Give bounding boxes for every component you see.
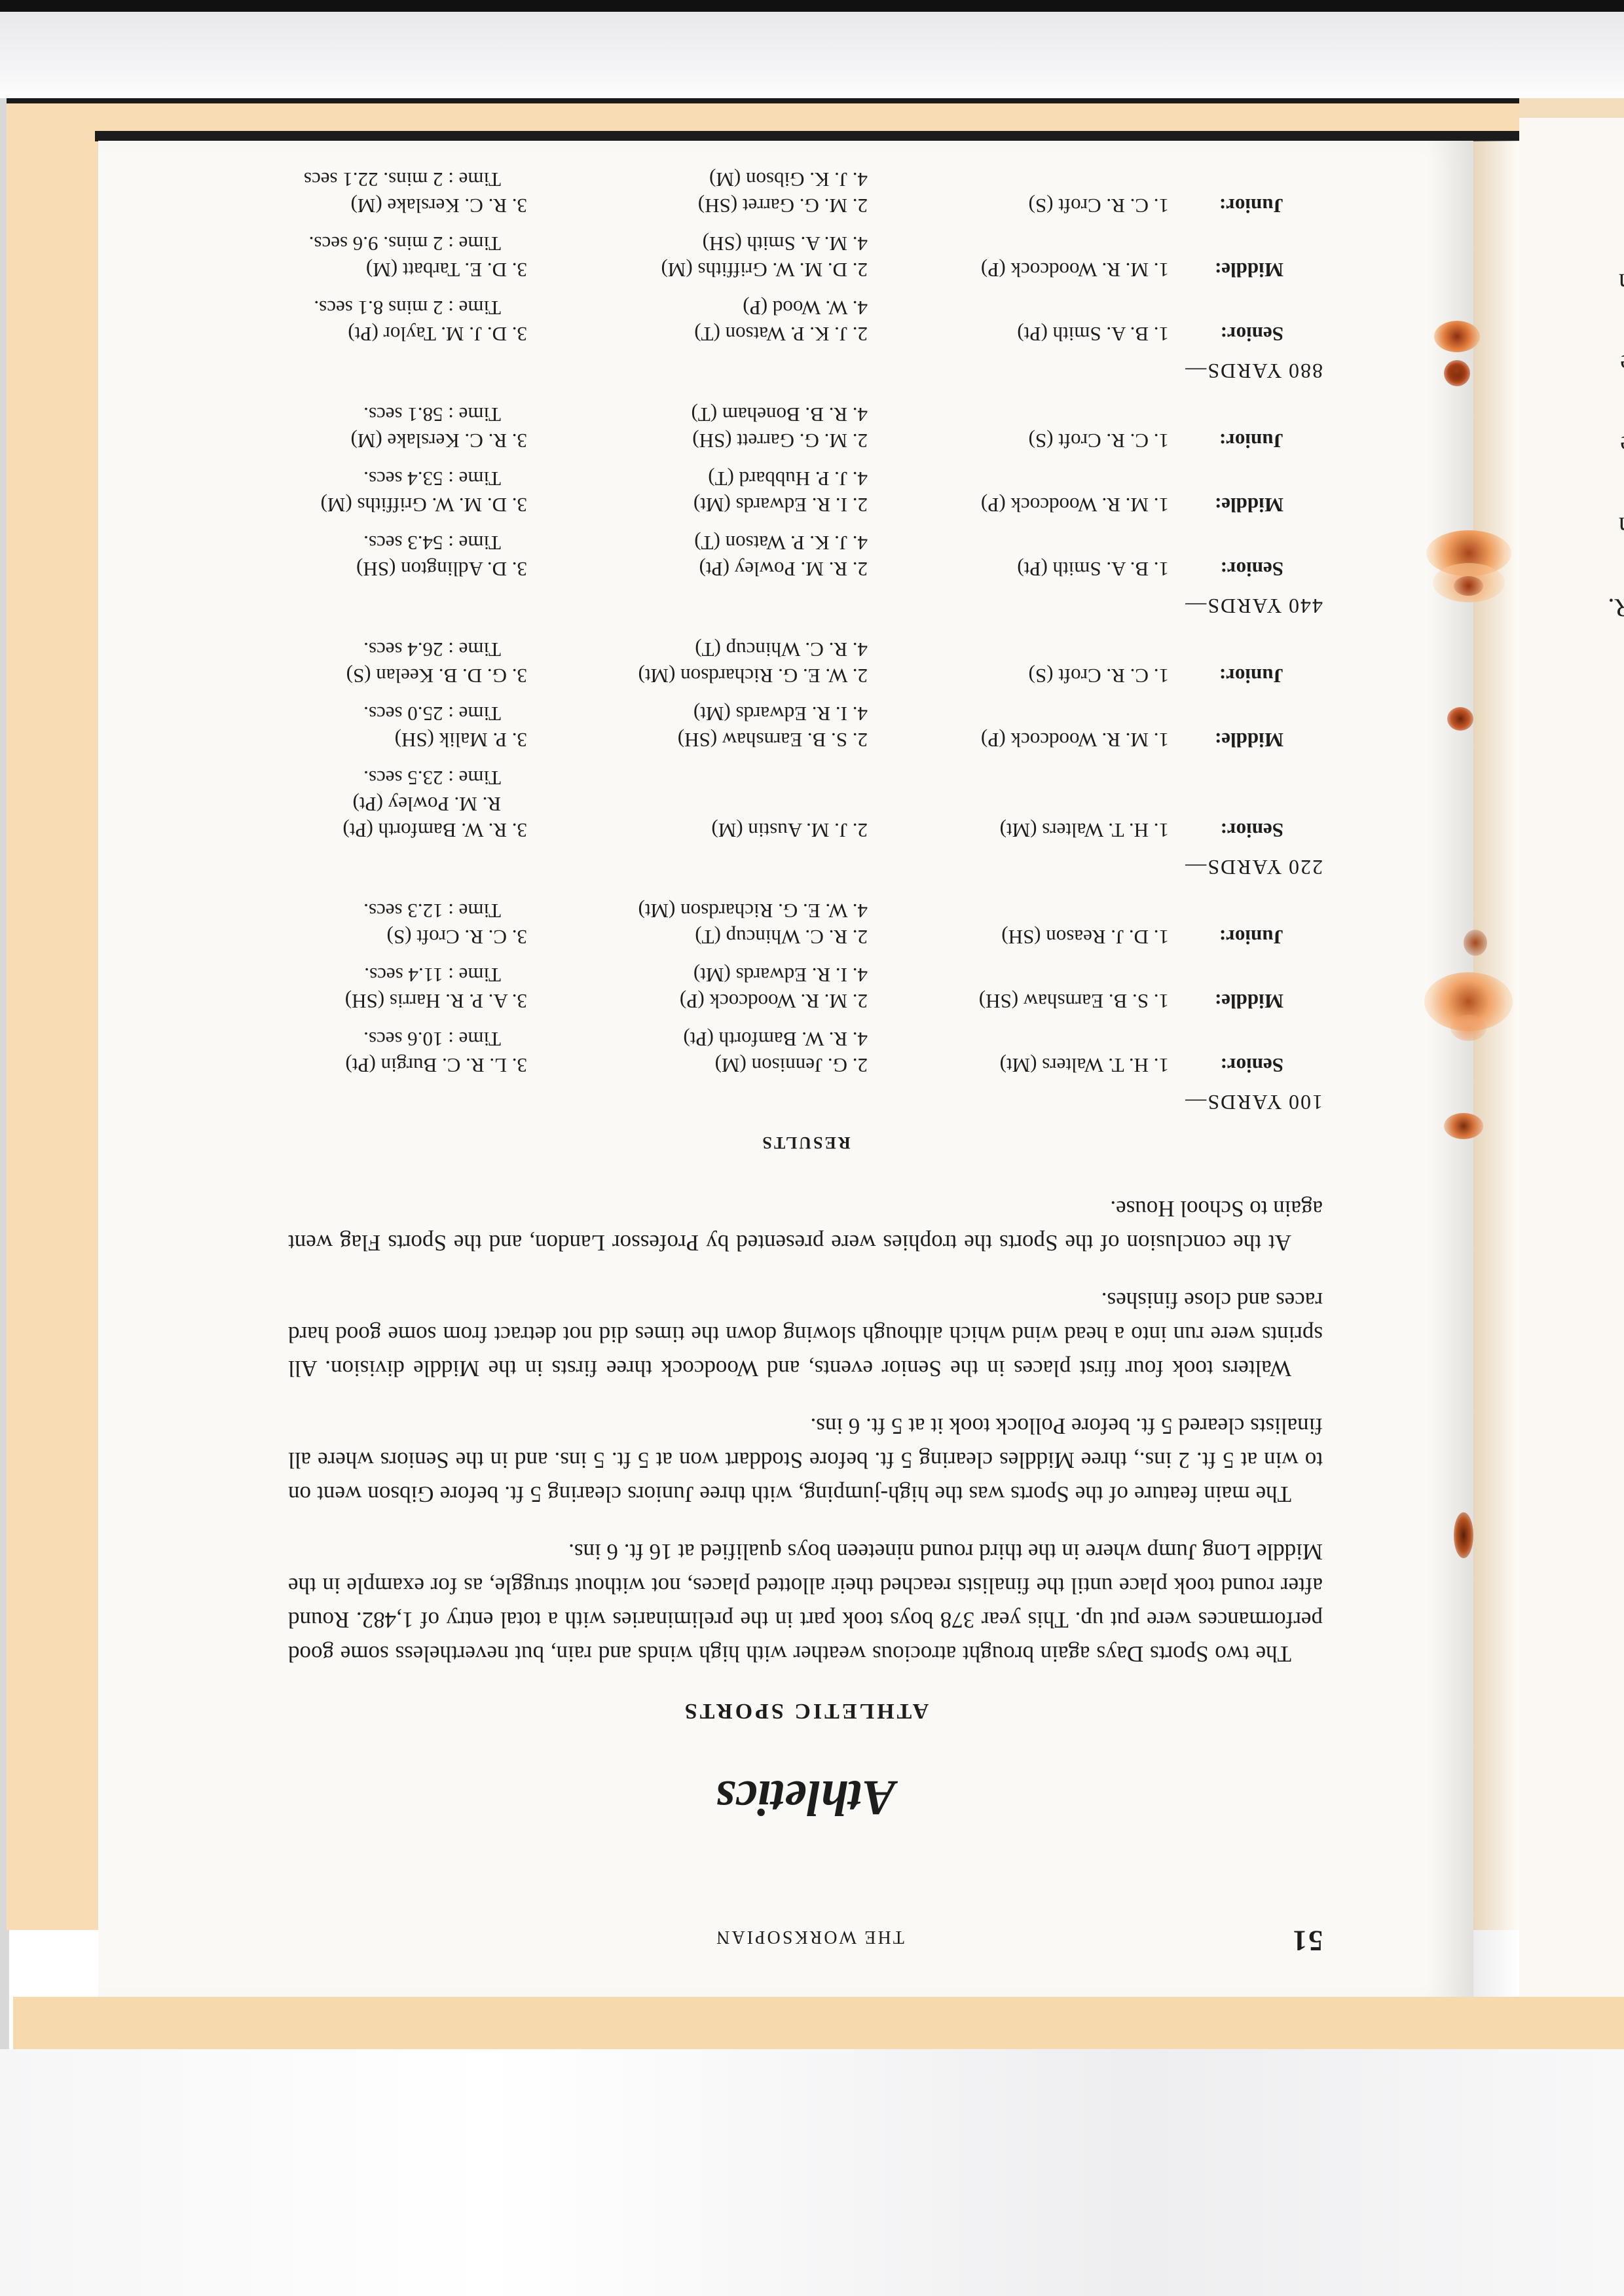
scan-border-top [0, 0, 1624, 12]
other-places: 2. R. C. Whincup (T)4. W. E. G. Richards… [527, 898, 868, 950]
place-entry: 2. S. B. Earnshaw (SH) [527, 727, 868, 753]
facing-page-fragment: e [1612, 343, 1624, 385]
division-label: Middle: [1169, 465, 1323, 518]
result-row: Senior:1. B. A. Smith (Pt)2. J. K. P. Wa… [288, 295, 1323, 347]
place-entry: 4. M. A. Smith (SH) [527, 230, 868, 257]
place-entry: 2. J. K. P. Watson (T) [527, 321, 868, 347]
division-label: Junior: [1169, 401, 1323, 454]
place-entry: 4. J. K. P. Watson (T) [527, 530, 868, 556]
other-places: 2. D. M. W. Griffiths (M)4. M. A. Smith … [527, 230, 868, 283]
book-cover-bottom [13, 1997, 1624, 2049]
place-entry: 2. M. R. Woodcock (P) [527, 988, 868, 1014]
place-entry: 4. I. R. Edwards (Mt) [527, 962, 868, 988]
facing-page-fragment: R. [1612, 587, 1624, 629]
third-place-and-time: 3. L. R. C. Burgin (Pt)Time : 10.6 secs. [288, 1026, 527, 1078]
place-entry: 3. D. Adlington (SH) [288, 556, 527, 582]
running-head: 51 THE WORKSOPIAN [288, 1924, 1323, 1958]
result-event: 100 YARDS—Senior:1. H. T. Walters (Mt)2.… [288, 898, 1323, 1114]
facing-page-text: R.heen [1612, 223, 1624, 629]
place-entry: 3. P. Malik (SH) [288, 727, 527, 753]
rust-stain [1454, 1512, 1473, 1558]
winning-time: Time : 2 mins 8.1 secs. [288, 295, 527, 321]
rust-stain [1454, 576, 1483, 596]
section-title: ATHLETIC SPORTS [288, 1698, 1323, 1723]
third-place-and-time: 3. R. W. Bamforth (Pt)R. M. Powley (Pt)T… [288, 765, 527, 843]
first-place: 1. C. R. Croft (S) [868, 636, 1169, 689]
rust-stain [1450, 1015, 1486, 1041]
paragraph: Walters took four first places in the Se… [288, 1283, 1323, 1385]
place-entry: 3. R. W. Bamforth (Pt) [288, 817, 527, 843]
division-label: Senior: [1169, 295, 1323, 347]
place-entry: 4. W. E. G. Richardson (Mt) [527, 898, 868, 924]
winning-time: Time : 58.1 secs. [288, 401, 527, 428]
first-place: 1. M. R. Woodcock (P) [868, 465, 1169, 518]
other-places: 2. S. B. Earnshaw (SH)4. I. R. Edwards (… [527, 701, 868, 753]
place-entry: 2. W. E. G. Richardson (Mt) [527, 663, 868, 689]
result-row: Middle:1. S. B. Earnshaw (SH)2. M. R. Wo… [288, 962, 1323, 1014]
place-entry: 2. D. M. W. Griffiths (M) [527, 257, 868, 283]
division-label: Junior: [1169, 166, 1323, 219]
result-row: Senior:1. B. A. Smith (Pt)2. R. M. Powle… [288, 530, 1323, 582]
place-entry: 2. M. G. Garrett (SH) [527, 428, 868, 454]
result-row: Middle:1. M. R. Woodcock (P)2. S. B. Ear… [288, 701, 1323, 753]
other-places: 2. R. M. Powley (Pt)4. J. K. P. Watson (… [527, 530, 868, 582]
place-entry: 4. R. C. Whincup (T) [527, 636, 868, 663]
first-place: 1. B. A. Smith (Pt) [868, 530, 1169, 582]
result-row: Middle:1. M. R. Woodcock (P)2. I. R. Edw… [288, 465, 1323, 518]
winning-time: Time : 54.3 secs. [288, 530, 527, 556]
place-entry: 2. J. M. Austin (M) [527, 817, 868, 843]
place-entry: 4. I. R. Edwards (Mt) [527, 701, 868, 727]
event-name: 220 YARDS— [288, 855, 1323, 879]
other-places: 2. M. G. Garrett (SH)4. R. B. Boneham (T… [527, 401, 868, 454]
first-place: 1. S. B. Earnshaw (SH) [868, 962, 1169, 1014]
facing-page [1519, 118, 1624, 2003]
scanner-background-top [0, 12, 1624, 103]
place-entry: 3. R. C. Kerslake (M) [288, 192, 527, 219]
division-label: Middle: [1169, 962, 1323, 1014]
place-entry: 3. D. E. Tarbatt (M) [288, 257, 527, 283]
place-entry: 3. D. J. M. Taylor (Pt) [288, 321, 527, 347]
result-row: Junior:1. C. R. Croft (S)2. W. E. G. Ric… [288, 636, 1323, 689]
first-place: 1. H. T. Walters (Mt) [868, 765, 1169, 843]
first-place: 1. M. R. Woodcock (P) [868, 701, 1169, 753]
event-name: 880 YARDS— [288, 359, 1323, 383]
result-row: Junior:1. C. R. Croft (S)2. M. G. Garret… [288, 401, 1323, 454]
result-row: Senior:1. H. T. Walters (Mt)2. J. M. Aus… [288, 765, 1323, 843]
first-place: 1. M. R. Woodcock (P) [868, 230, 1169, 283]
article-body: The two Sports Days again brought atroci… [288, 1192, 1323, 1671]
place-entry: 3. D. M. W. Griffiths (M) [288, 492, 527, 518]
other-places: 2. G. Jennison (M)4. R. W. Bamforth (Pt) [527, 1026, 868, 1078]
scanner-background-bottom [0, 2049, 1624, 2296]
division-label: Senior: [1169, 765, 1323, 843]
place-entry: 3. R. C. Kerslake (M) [288, 428, 527, 454]
event-name: 100 YARDS— [288, 1090, 1323, 1114]
place-entry: 3. G. D. B. Keelan (S) [288, 663, 527, 689]
third-place-and-time: 3. R. C. Kerslake (M)Time : 2 mins. 22.1… [288, 166, 527, 219]
result-event: 220 YARDS—Senior:1. H. T. Walters (Mt)2.… [288, 636, 1323, 879]
first-place: 1. D. J. Reason (SH) [868, 898, 1169, 950]
results-heading: RESULTS [288, 1133, 1323, 1152]
other-places: 2. M. G. Garret (SH)4. J. K. Gibson (M) [527, 166, 868, 219]
division-label: Senior: [1169, 530, 1323, 582]
winning-time: Time : 2 mins. 9.6 secs. [288, 230, 527, 257]
rust-stain [1444, 1113, 1483, 1139]
place-entry: 2. I. R. Edwards (Mt) [527, 492, 868, 518]
other-places: 2. W. E. G. Richardson (Mt)4. R. C. Whin… [527, 636, 868, 689]
winning-time: Time : 23.5 secs. [288, 765, 527, 791]
division-label: Junior: [1169, 636, 1323, 689]
rust-stain [1434, 321, 1480, 352]
winning-time: Time : 2 mins. 22.1 secs [288, 166, 527, 192]
facing-page-fragment: n [1612, 262, 1624, 304]
paragraph: The two Sports Days again brought atroci… [288, 1535, 1323, 1671]
result-row: Middle:1. M. R. Woodcock (P)2. D. M. W. … [288, 230, 1323, 283]
place-entry: 3. C. R. Croft (S) [288, 924, 527, 950]
result-event: 440 YARDS—Senior:1. B. A. Smith (Pt)2. R… [288, 401, 1323, 618]
result-event: 880 YARDS—Senior:1. B. A. Smith (Pt)2. J… [288, 166, 1323, 383]
place-entry: 4. J. K. Gibson (M) [527, 166, 868, 192]
facing-page-fragment: e [1612, 424, 1624, 466]
event-name: 440 YARDS— [288, 594, 1323, 618]
results-list: 100 YARDS—Senior:1. H. T. Walters (Mt)2.… [288, 166, 1323, 1114]
result-row: Senior:1. H. T. Walters (Mt)2. G. Jennis… [288, 1026, 1323, 1078]
third-place-and-time: 3. P. Malik (SH)Time : 25.0 secs. [288, 701, 527, 753]
other-places: 2. J. K. P. Watson (T)4. W. Wood (P) [527, 295, 868, 347]
journal-title: THE WORKSOPIAN [327, 1926, 1291, 1947]
place-entry: 4. W. Wood (P) [527, 295, 868, 321]
other-places: 2. J. M. Austin (M) [527, 765, 868, 843]
division-label: Senior: [1169, 1026, 1323, 1078]
place-entry: 2. G. Jennison (M) [527, 1052, 868, 1078]
place-entry: R. M. Powley (Pt) [288, 791, 527, 817]
first-place: 1. C. R. Croft (S) [868, 166, 1169, 219]
third-place-and-time: 3. D. J. M. Taylor (Pt)Time : 2 mins 8.1… [288, 295, 527, 347]
division-label: Junior: [1169, 898, 1323, 950]
winning-time: Time : 12.3 secs. [288, 898, 527, 924]
place-entry: 3. A. P. R. Harris (SH) [288, 988, 527, 1014]
winning-time: Time : 26.4 secs. [288, 636, 527, 663]
rust-stain [1447, 707, 1473, 731]
other-places: 2. I. R. Edwards (Mt)4. J. P. Hubbard (T… [527, 465, 868, 518]
place-entry: 3. L. R. C. Burgin (Pt) [288, 1052, 527, 1078]
place-entry: 2. R. M. Powley (Pt) [527, 556, 868, 582]
other-places: 2. M. R. Woodcock (P)4. I. R. Edwards (M… [527, 962, 868, 1014]
division-label: Middle: [1169, 701, 1323, 753]
winning-time: Time : 25.0 secs. [288, 701, 527, 727]
first-place: 1. H. T. Walters (Mt) [868, 1026, 1169, 1078]
rust-stain [1447, 363, 1466, 379]
result-row: Junior:1. D. J. Reason (SH)2. R. C. Whin… [288, 898, 1323, 950]
page-content-rotated: 51 THE WORKSOPIAN Athletics ATHLETIC SPO… [288, 367, 1323, 1971]
paragraph: The main feature of the Sports was the h… [288, 1409, 1323, 1511]
rust-stain [1464, 930, 1487, 956]
winning-time: Time : 11.4 secs. [288, 962, 527, 988]
third-place-and-time: 3. D. E. Tarbatt (M)Time : 2 mins. 9.6 s… [288, 230, 527, 283]
facing-page-fragment: h [1612, 505, 1624, 547]
third-place-and-time: 3. A. P. R. Harris (SH)Time : 11.4 secs. [288, 962, 527, 1014]
winning-time: Time : 10.6 secs. [288, 1026, 527, 1052]
third-place-and-time: 3. D. Adlington (SH)Time : 54.3 secs. [288, 530, 527, 582]
third-place-and-time: 3. D. M. W. Griffiths (M)Time : 53.4 sec… [288, 465, 527, 518]
paragraph: At the conclusion of the Sports the trop… [288, 1192, 1323, 1260]
page-number: 51 [1291, 1924, 1323, 1958]
division-label: Middle: [1169, 230, 1323, 283]
place-entry: 2. M. G. Garret (SH) [527, 192, 868, 219]
page-title: Athletics [288, 1769, 1323, 1826]
first-place: 1. C. R. Croft (S) [868, 401, 1169, 454]
place-entry: 4. R. W. Bamforth (Pt) [527, 1026, 868, 1052]
cover-shadow [95, 131, 1624, 141]
place-entry: 2. R. C. Whincup (T) [527, 924, 868, 950]
third-place-and-time: 3. R. C. Kerslake (M)Time : 58.1 secs. [288, 401, 527, 454]
third-place-and-time: 3. C. R. Croft (S)Time : 12.3 secs. [288, 898, 527, 950]
page-gutter [1428, 141, 1519, 2000]
result-row: Junior:1. C. R. Croft (S)2. M. G. Garret… [288, 166, 1323, 219]
first-place: 1. B. A. Smith (Pt) [868, 295, 1169, 347]
third-place-and-time: 3. G. D. B. Keelan (S)Time : 26.4 secs. [288, 636, 527, 689]
place-entry: 4. R. B. Boneham (T) [527, 401, 868, 428]
winning-time: Time : 53.4 secs. [288, 465, 527, 492]
place-entry: 4. J. P. Hubbard (T) [527, 465, 868, 492]
